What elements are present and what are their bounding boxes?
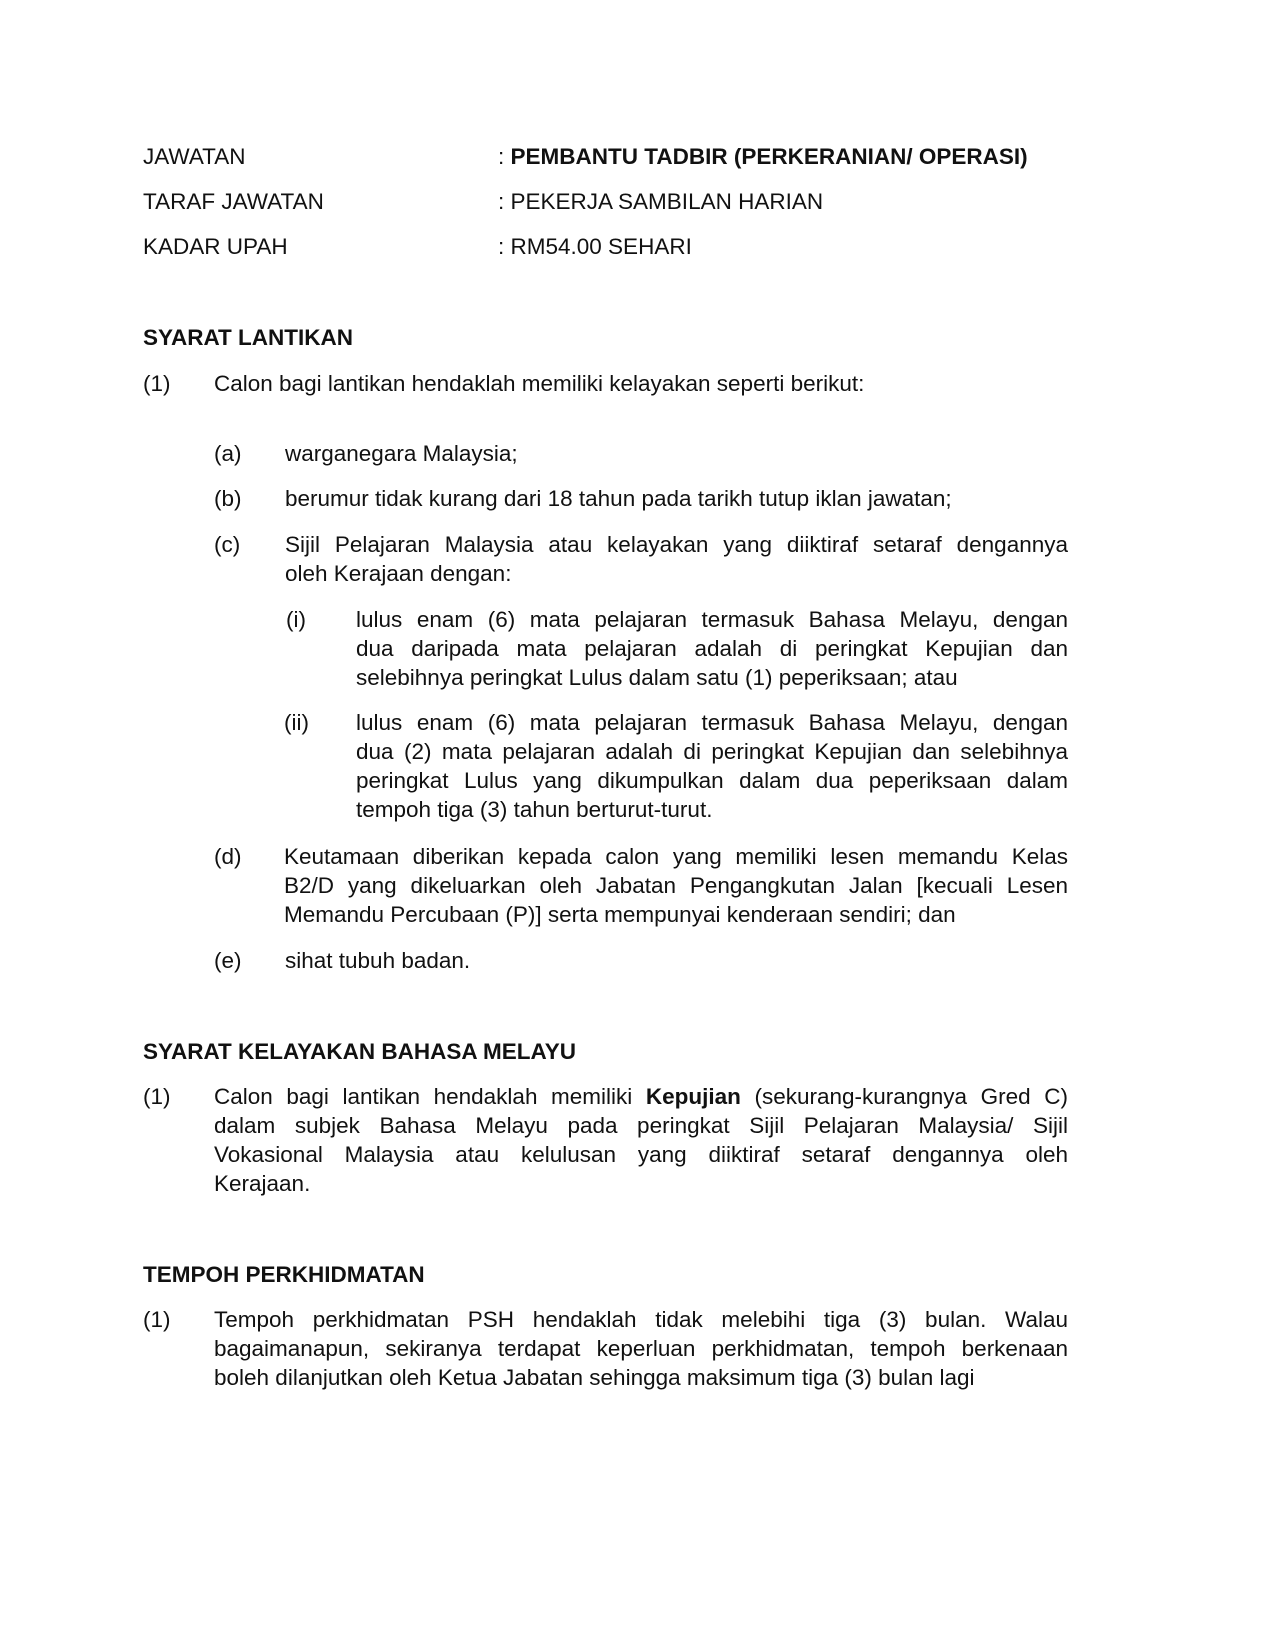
item-text: oleh Kerajaan dengan: xyxy=(285,560,511,588)
item-text: Calon bagi lantikan hendaklah memiliki K… xyxy=(214,1083,1068,1111)
section-title: SYARAT LANTIKAN xyxy=(143,324,353,352)
kepujian-bold: Kepujian xyxy=(646,1084,741,1109)
jawatan-value: : PEMBANTU TADBIR (PERKERANIAN/ OPERASI) xyxy=(498,143,1028,171)
jawatan-label: JAWATAN xyxy=(143,143,246,171)
item-text: Keutamaan diberikan kepada calon yang me… xyxy=(284,843,1068,871)
item-text: bagaimanapun, sekiranya terdapat keperlu… xyxy=(214,1335,1068,1363)
item-text: Sijil Pelajaran Malaysia atau kelayakan … xyxy=(285,531,1068,559)
subitem-text: dua (2) mata pelajaran adalah di peringk… xyxy=(356,738,1068,766)
item-label: (d) xyxy=(214,843,242,871)
subitem-text: selebihnya peringkat Lulus dalam satu (1… xyxy=(356,664,958,692)
taraf-value: : PEKERJA SAMBILAN HARIAN xyxy=(498,188,823,216)
item-number: (1) xyxy=(143,370,171,398)
kadar-value: : RM54.00 SEHARI xyxy=(498,233,692,261)
taraf-label: TARAF JAWATAN xyxy=(143,188,324,216)
subitem-text: lulus enam (6) mata pelajaran termasuk B… xyxy=(356,709,1068,737)
colon: : xyxy=(498,144,511,169)
subitem-label: (i) xyxy=(286,606,306,634)
item-text: boleh dilanjutkan oleh Ketua Jabatan seh… xyxy=(214,1364,975,1392)
item-text: Vokasional Malaysia atau kelulusan yang … xyxy=(214,1141,1068,1169)
item-label: (e) xyxy=(214,947,242,975)
item-number: (1) xyxy=(143,1083,171,1111)
item-text: Tempoh perkhidmatan PSH hendaklah tidak … xyxy=(214,1306,1068,1334)
item-label: (a) xyxy=(214,440,242,468)
item-label: (b) xyxy=(214,485,242,513)
kadar-label: KADAR UPAH xyxy=(143,233,288,261)
item-number: (1) xyxy=(143,1306,171,1334)
item-label: (c) xyxy=(214,531,240,559)
subitem-text: tempoh tiga (3) tahun berturut-turut. xyxy=(356,796,712,824)
item-text: Kerajaan. xyxy=(214,1170,310,1198)
section-title: SYARAT KELAYAKAN BAHASA MELAYU xyxy=(143,1038,576,1066)
subitem-text: lulus enam (6) mata pelajaran termasuk B… xyxy=(356,606,1068,634)
item-text: Memandu Percubaan (P)] serta mempunyai k… xyxy=(284,901,956,929)
item-text: berumur tidak kurang dari 18 tahun pada … xyxy=(285,485,952,513)
item-text: warganegara Malaysia; xyxy=(285,440,518,468)
subitem-text: peringkat Lulus yang dikumpulkan dalam d… xyxy=(356,767,1068,795)
text-segment: Calon bagi lantikan hendaklah memiliki xyxy=(214,1084,646,1109)
jawatan-title: PEMBANTU TADBIR (PERKERANIAN/ OPERASI) xyxy=(511,144,1028,169)
item-text: sihat tubuh badan. xyxy=(285,947,470,975)
subitem-label: (ii) xyxy=(284,709,309,737)
subitem-text: dua daripada mata pelajaran adalah di pe… xyxy=(356,635,1068,663)
item-text: dalam subjek Bahasa Melayu pada peringka… xyxy=(214,1112,1068,1140)
item-text: B2/D yang dikeluarkan oleh Jabatan Penga… xyxy=(284,872,1068,900)
text-segment: (sekurang-kurangnya Gred C) xyxy=(741,1084,1068,1109)
section-title: TEMPOH PERKHIDMATAN xyxy=(143,1261,425,1289)
intro-text: Calon bagi lantikan hendaklah memiliki k… xyxy=(214,370,864,398)
